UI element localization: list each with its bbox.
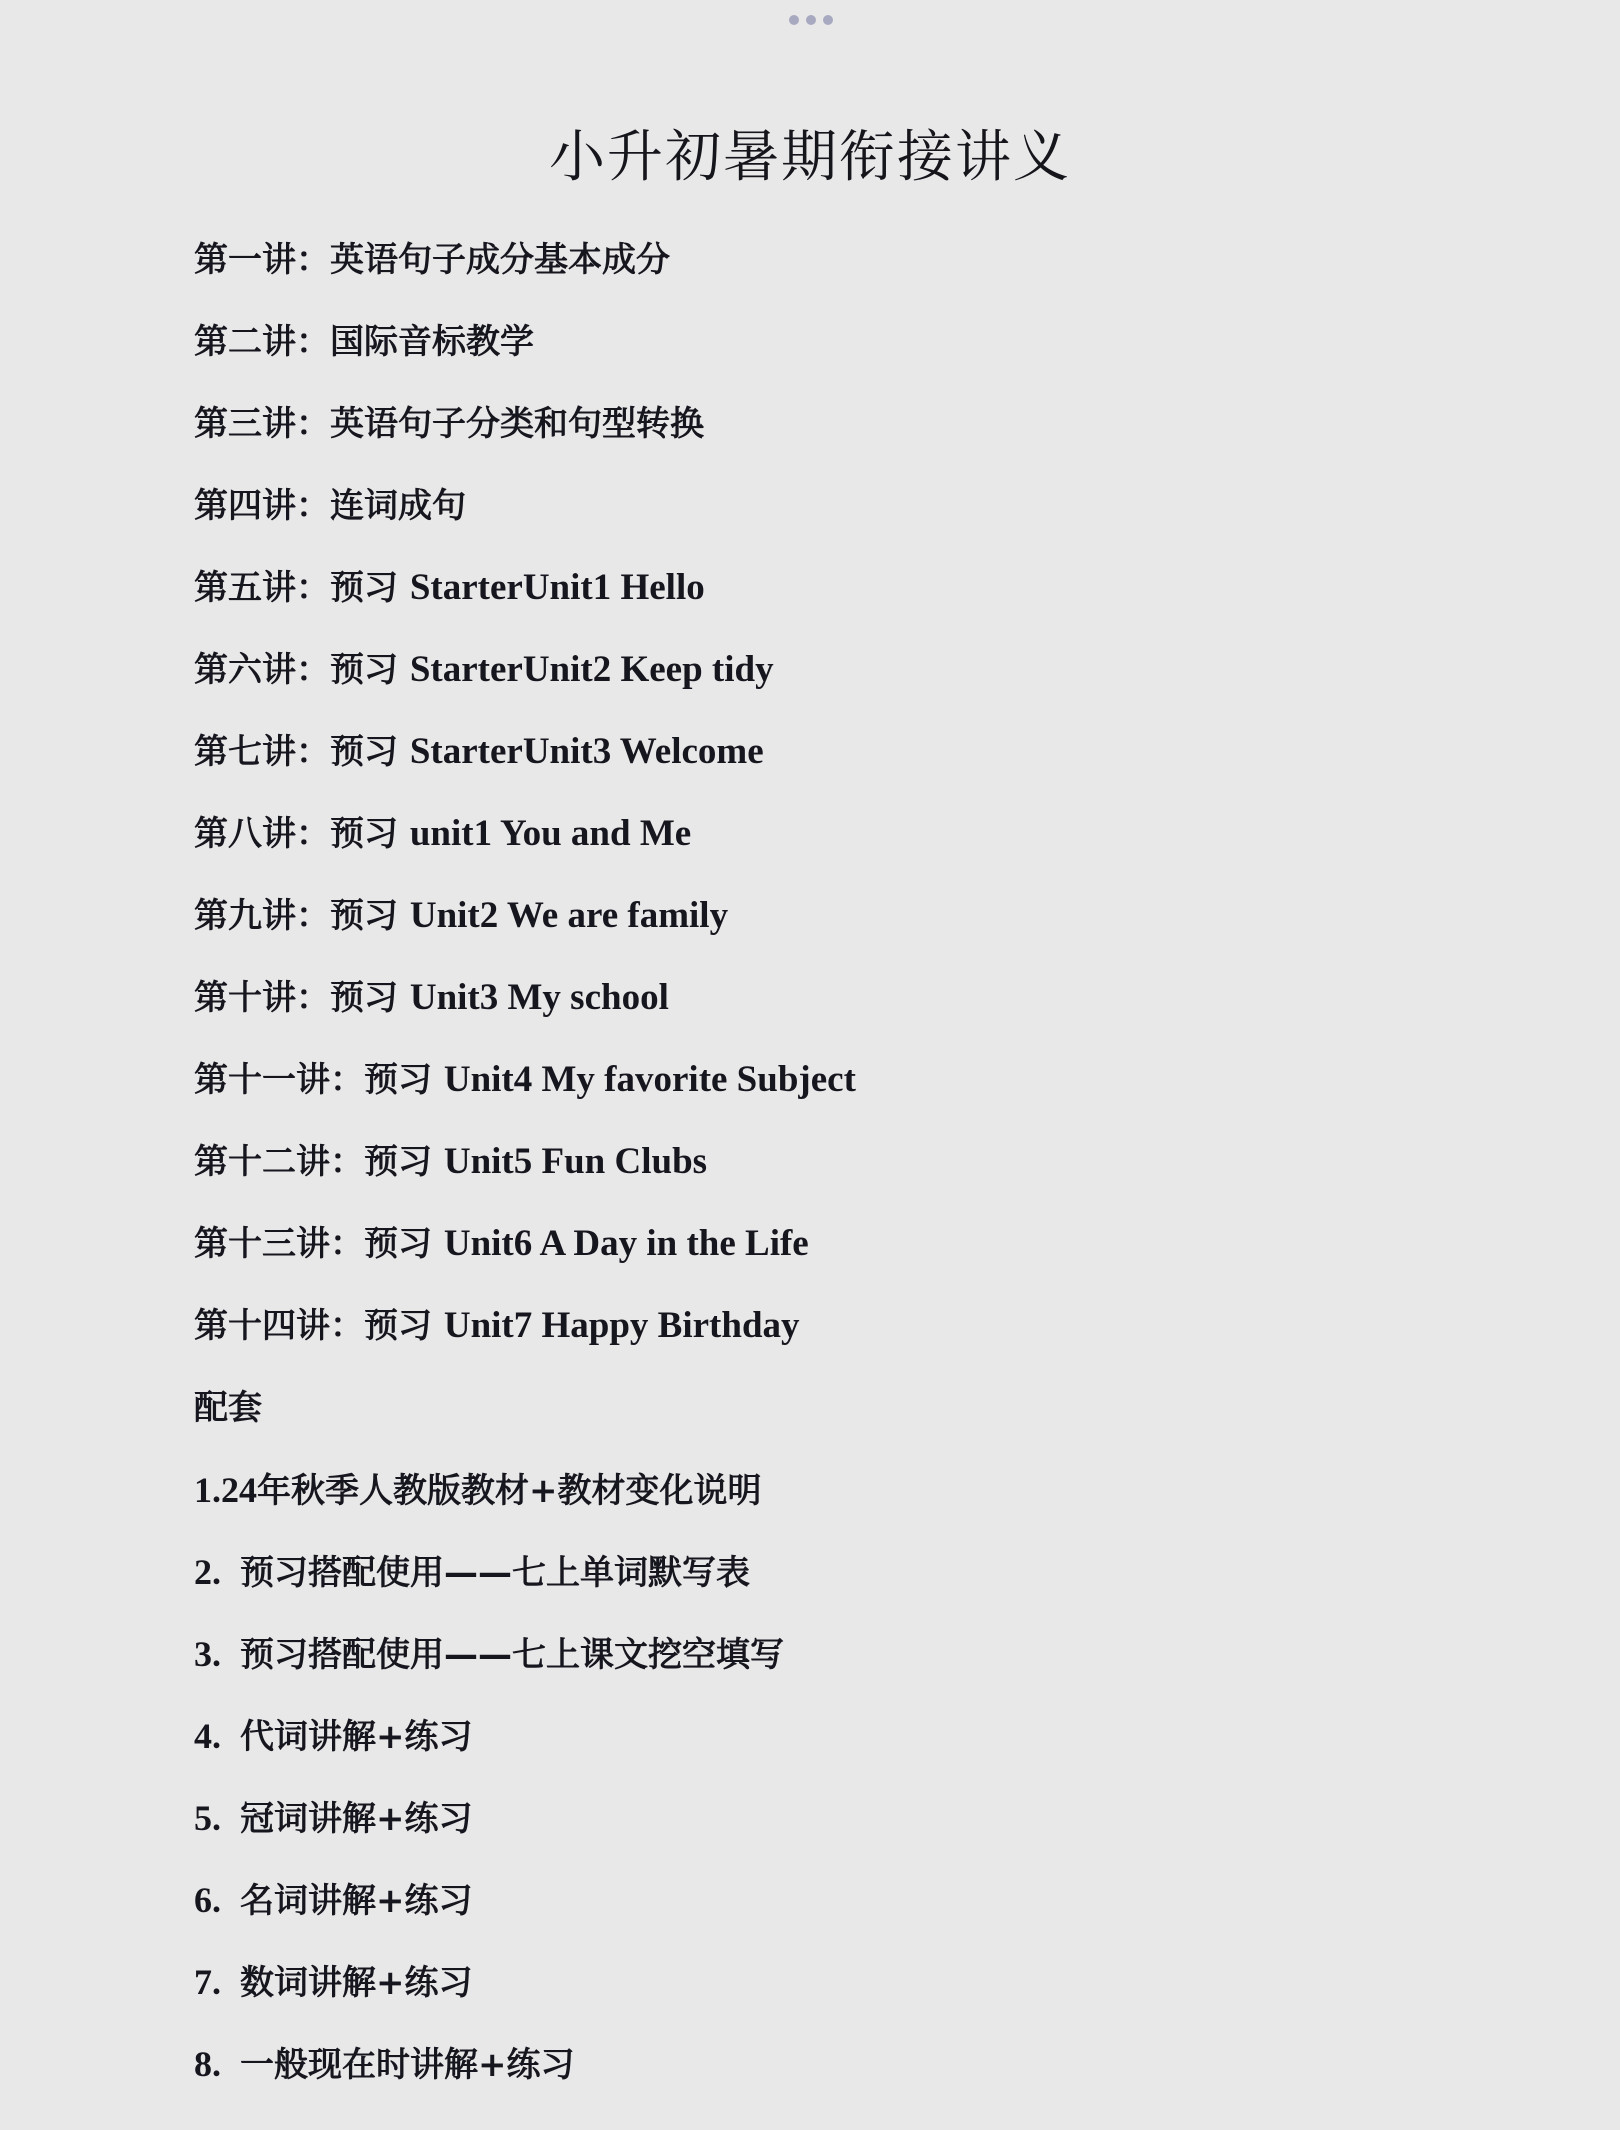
supplement-number: 3. — [194, 1624, 240, 1684]
lecture-title-cn: 预习 — [364, 1306, 444, 1346]
supplement-text: 预习搭配使用——七上课文挖空填写 — [240, 1635, 784, 1675]
lecture-title-en: Unit5 Fun Clubs — [444, 1141, 707, 1182]
supplement-number: 4. — [194, 1706, 240, 1766]
lecture-item: 第八讲：预习 unit1 You and Me — [194, 804, 856, 886]
lecture-label: 第十一讲： — [194, 1060, 364, 1100]
supplement-number: 7. — [194, 1952, 240, 2012]
supplement-item: 1.24 年秋季人教版教材+教材变化说明 — [194, 1460, 856, 1542]
lecture-title-cn: 预习 — [364, 1224, 444, 1264]
supplement-text: 数词讲解+练习 — [240, 1963, 473, 2003]
dot — [789, 15, 799, 25]
supplement-text: 冠词讲解+练习 — [240, 1799, 473, 1839]
lecture-label: 第十二讲： — [194, 1142, 364, 1182]
lecture-item: 第九讲：预习 Unit2 We are family — [194, 886, 856, 968]
supplement-item: 4.代词讲解+练习 — [194, 1706, 856, 1788]
table-of-contents: 第一讲：英语句子成分基本成分 第二讲：国际音标教学 第三讲：英语句子分类和句型转… — [194, 230, 856, 2116]
lecture-item: 第二讲：国际音标教学 — [194, 312, 856, 394]
lecture-label: 第五讲： — [194, 568, 330, 608]
page-title: 小升初暑期衔接讲义 — [0, 118, 1620, 198]
lecture-label: 第一讲： — [194, 240, 330, 280]
lecture-label: 第四讲： — [194, 486, 330, 526]
supplement-text: 年秋季人教版教材+教材变化说明 — [257, 1471, 762, 1511]
supplement-text: 代词讲解+练习 — [240, 1717, 473, 1757]
lecture-title-cn: 预习 — [330, 650, 410, 690]
lecture-item: 第六讲：预习 StarterUnit2 Keep tidy — [194, 640, 856, 722]
more-options-icon[interactable] — [789, 14, 833, 26]
lecture-item: 第十二讲：预习 Unit5 Fun Clubs — [194, 1132, 856, 1214]
supplement-text: 预习搭配使用——七上单词默写表 — [240, 1553, 750, 1593]
lecture-title-cn: 英语句子成分基本成分 — [330, 240, 670, 280]
lecture-item: 第十四讲：预习 Unit7 Happy Birthday — [194, 1296, 856, 1378]
lecture-title-cn: 英语句子分类和句型转换 — [330, 404, 704, 444]
lecture-title-cn: 预习 — [330, 978, 410, 1018]
supplement-text: 名词讲解+练习 — [240, 1881, 473, 1921]
lecture-title-en: StarterUnit3 Welcome — [410, 731, 764, 772]
supplement-item: 2.预习搭配使用——七上单词默写表 — [194, 1542, 856, 1624]
lecture-title-cn: 国际音标教学 — [330, 322, 534, 362]
lecture-item: 第四讲：连词成句 — [194, 476, 856, 558]
lecture-title-cn: 预习 — [330, 814, 410, 854]
lecture-label: 第七讲： — [194, 732, 330, 772]
lecture-item: 第七讲：预习 StarterUnit3 Welcome — [194, 722, 856, 804]
supplement-heading: 配套 — [194, 1378, 856, 1460]
lecture-label: 第八讲： — [194, 814, 330, 854]
supplement-item: 7.数词讲解+练习 — [194, 1952, 856, 2034]
lecture-item: 第十三讲：预习 Unit6 A Day in the Life — [194, 1214, 856, 1296]
lecture-label: 第九讲： — [194, 896, 330, 936]
lecture-item: 第一讲：英语句子成分基本成分 — [194, 230, 856, 312]
supplement-text: 一般现在时讲解+练习 — [240, 2045, 575, 2085]
lecture-title-en: Unit2 We are family — [410, 895, 728, 936]
lecture-title-en: Unit4 My favorite Subject — [444, 1059, 856, 1100]
supplement-item: 8.一般现在时讲解+练习 — [194, 2034, 856, 2116]
supplement-item: 6.名词讲解+练习 — [194, 1870, 856, 1952]
lecture-title-en: StarterUnit2 Keep tidy — [410, 649, 774, 690]
lecture-label: 第三讲： — [194, 404, 330, 444]
dot — [806, 15, 816, 25]
lecture-item: 第三讲：英语句子分类和句型转换 — [194, 394, 856, 476]
lecture-title-cn: 预习 — [364, 1060, 444, 1100]
lecture-title-en: Unit6 A Day in the Life — [444, 1223, 809, 1264]
lecture-item: 第十一讲：预习 Unit4 My favorite Subject — [194, 1050, 856, 1132]
supplement-item: 3.预习搭配使用——七上课文挖空填写 — [194, 1624, 856, 1706]
lecture-label: 第十四讲： — [194, 1306, 364, 1346]
lecture-item: 第十讲：预习 Unit3 My school — [194, 968, 856, 1050]
lecture-label: 第六讲： — [194, 650, 330, 690]
lecture-title-cn: 预习 — [330, 896, 410, 936]
lecture-title-en: StarterUnit1 Hello — [410, 567, 705, 608]
lecture-title-cn: 预习 — [330, 732, 410, 772]
supplement-number: 8. — [194, 2034, 240, 2094]
supplement-number: 2. — [194, 1542, 240, 1602]
lecture-title-cn: 预习 — [364, 1142, 444, 1182]
lecture-title-cn: 连词成句 — [330, 486, 466, 526]
supplement-number: 6. — [194, 1870, 240, 1930]
supplement-number: 1.24 — [194, 1460, 257, 1520]
lecture-title-cn: 预习 — [330, 568, 410, 608]
supplement-item: 5.冠词讲解+练习 — [194, 1788, 856, 1870]
lecture-label: 第二讲： — [194, 322, 330, 362]
dot — [823, 15, 833, 25]
lecture-item: 第五讲：预习 StarterUnit1 Hello — [194, 558, 856, 640]
lecture-label: 第十三讲： — [194, 1224, 364, 1264]
supplement-number: 5. — [194, 1788, 240, 1848]
lecture-title-en: Unit7 Happy Birthday — [444, 1305, 800, 1346]
lecture-title-en: unit1 You and Me — [410, 813, 691, 854]
lecture-label: 第十讲： — [194, 978, 330, 1018]
lecture-title-en: Unit3 My school — [410, 977, 669, 1018]
